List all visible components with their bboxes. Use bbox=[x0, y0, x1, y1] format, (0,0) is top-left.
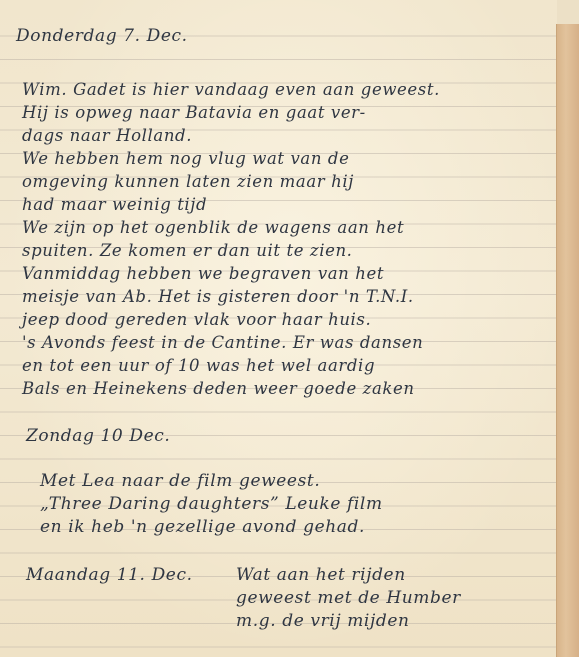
entry-line: had maar weinig tijd bbox=[22, 193, 440, 216]
entry-line: spuiten. Ze komen er dan uit te zien. bbox=[22, 239, 440, 262]
entry-line: meisje van Ab. Het is gisteren door 'n T… bbox=[22, 285, 440, 308]
entry-line: 's Avonds feest in de Cantine. Er was da… bbox=[22, 331, 440, 354]
entry-date: Zondag 10 Dec. bbox=[26, 425, 170, 448]
entry-line: Met Lea naar de film geweest. bbox=[40, 470, 383, 493]
entry-body: Wim. Gadet is hier vandaag even aan gewe… bbox=[22, 78, 440, 400]
entry-line: Vanmiddag hebben we begraven van het bbox=[22, 262, 440, 285]
entry-line: en ik heb 'n gezellige avond gehad. bbox=[40, 516, 383, 539]
entry-line: Bals en Heinekens deden weer goede zaken bbox=[22, 377, 440, 400]
entry-line: Wat aan het rijden bbox=[236, 564, 461, 587]
entry-line: geweest met de Humber bbox=[236, 587, 461, 610]
entry-date: Donderdag 7. Dec. bbox=[16, 25, 188, 48]
page-edge-strip bbox=[556, 24, 579, 657]
entry-body: Wat aan het rijden geweest met de Humber… bbox=[236, 564, 461, 633]
entry-line: We zijn op het ogenblik de wagens aan he… bbox=[22, 216, 440, 239]
entry-line: m.g. de vrij mijden bbox=[236, 610, 461, 633]
entry-date: Maandag 11. Dec. bbox=[26, 564, 193, 587]
entry-line: „Three Daring daughters” Leuke film bbox=[40, 493, 383, 516]
entry-line: omgeving kunnen laten zien maar hij bbox=[22, 170, 440, 193]
entry-line: jeep dood gereden vlak voor haar huis. bbox=[22, 308, 440, 331]
entry-body: Met Lea naar de film geweest. „Three Dar… bbox=[40, 470, 383, 539]
entry-line: en tot een uur of 10 was het wel aardig bbox=[22, 354, 440, 377]
page-edge-top bbox=[557, 0, 579, 24]
entry-line: Hij is opweg naar Batavia en gaat ver- bbox=[22, 101, 440, 124]
entry-line: We hebben hem nog vlug wat van de bbox=[22, 147, 440, 170]
diary-page: Donderdag 7. Dec. Wim. Gadet is hier van… bbox=[0, 0, 579, 657]
entry-line: Wim. Gadet is hier vandaag even aan gewe… bbox=[22, 78, 440, 101]
entry-line: dags naar Holland. bbox=[22, 124, 440, 147]
